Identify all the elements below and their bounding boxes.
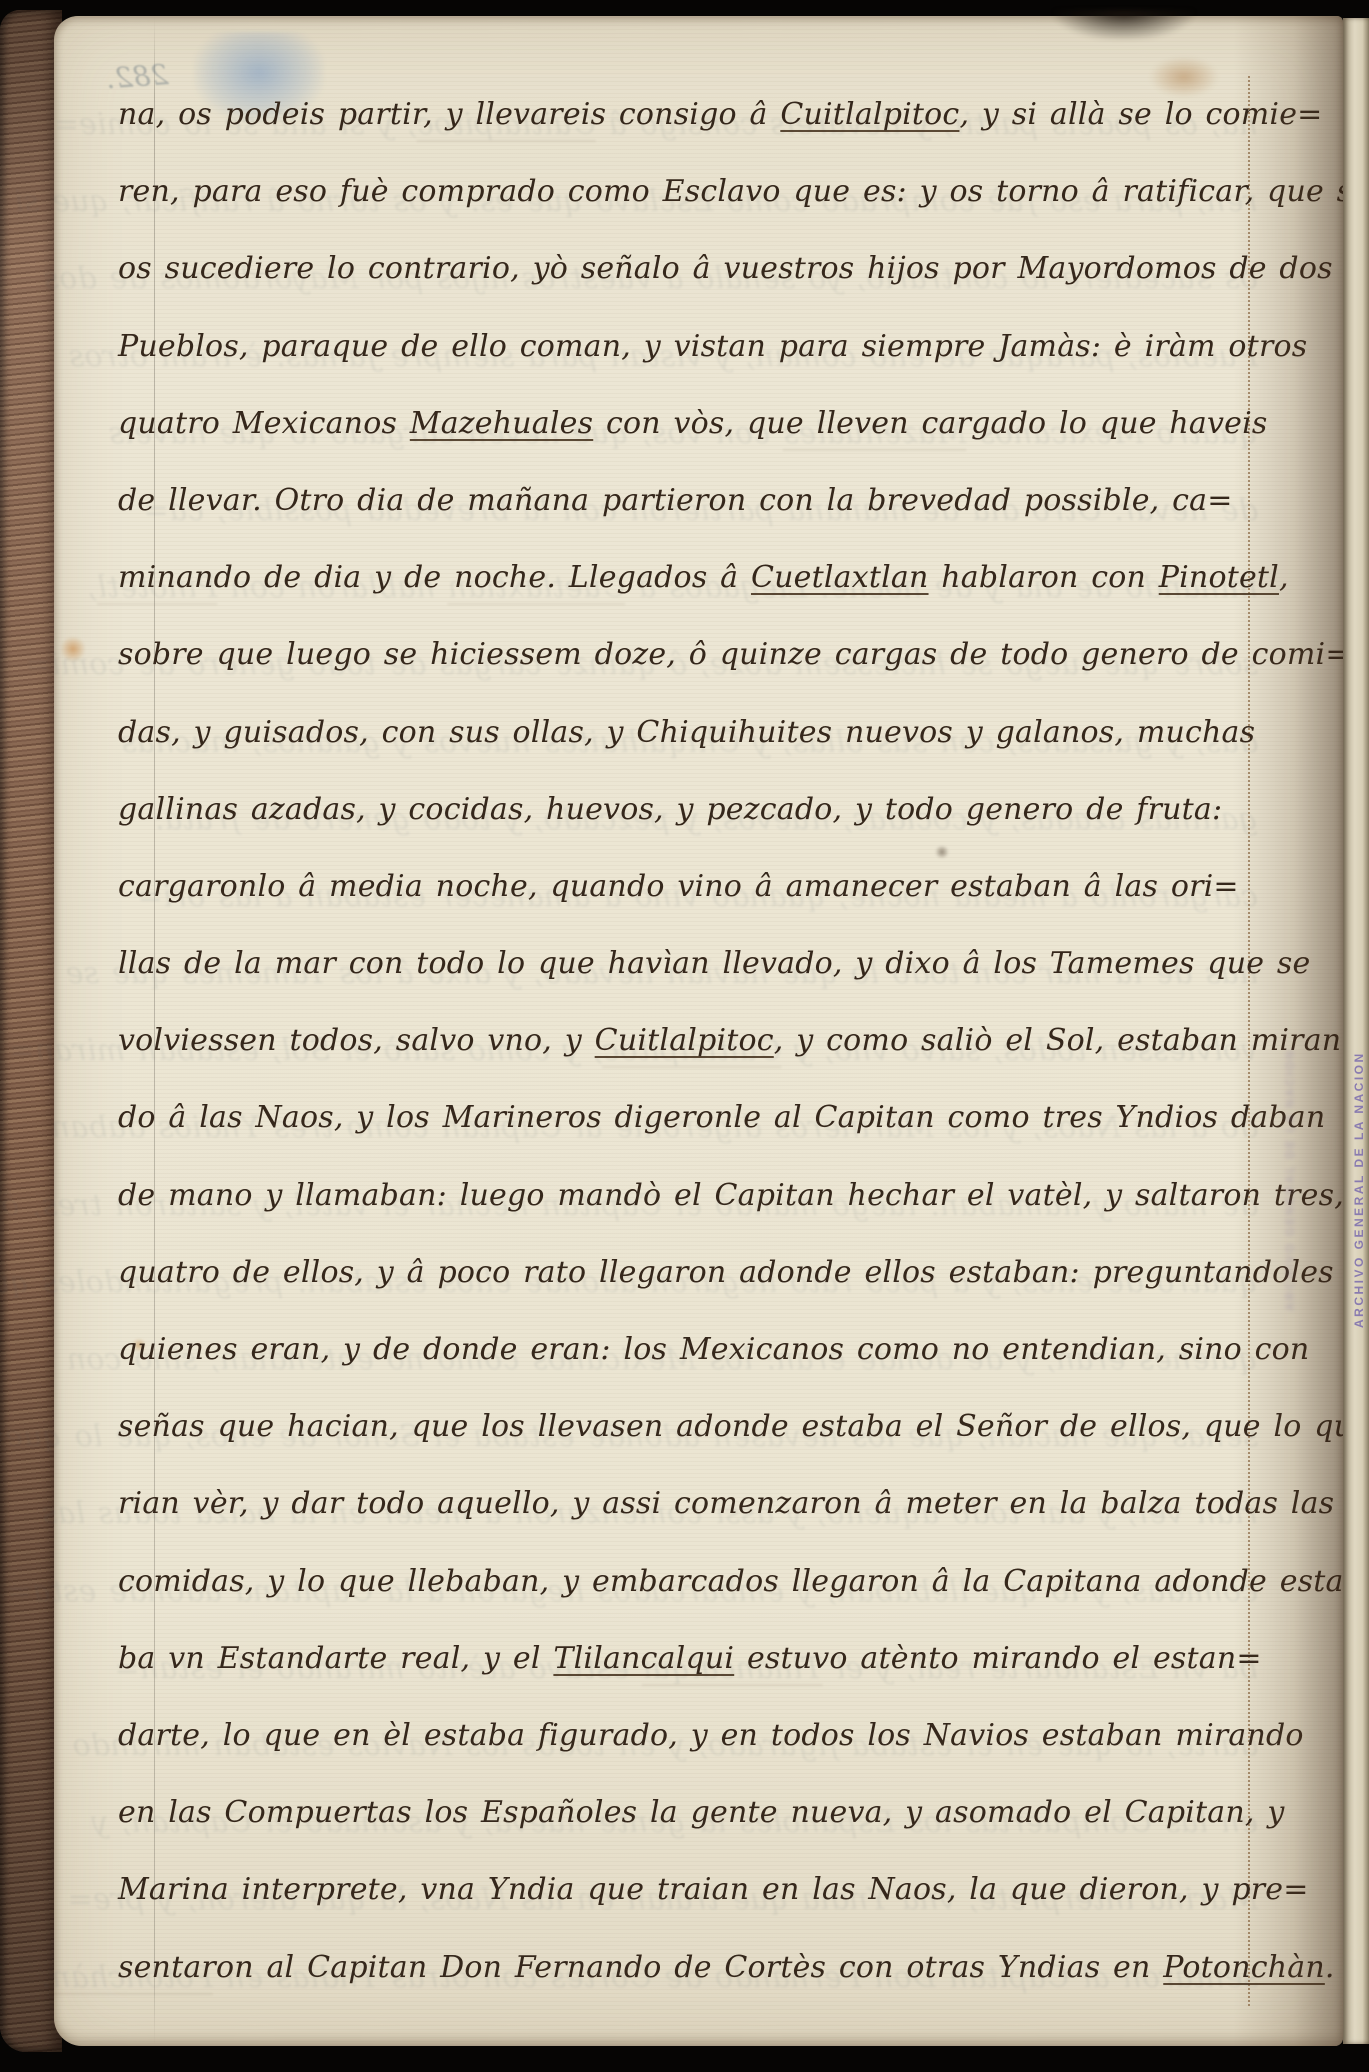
text-segment: en las Compuertas los Españoles la gente…	[118, 1795, 1285, 1830]
stamp-offset-smudge: ARCHIVO GENERAL DE LA NACION	[1283, 951, 1297, 1311]
manuscript-line: volviessen todos, salvo vno, y Cuitlalpi…	[118, 1002, 1369, 1079]
manuscript-line: de mano y llamaban: luego mandò el Capit…	[118, 1157, 1369, 1234]
text-segment: , y si allà se lo comie=	[959, 97, 1322, 132]
text-segment: ren, para eso fuè comprado como Esclavo …	[118, 174, 1362, 209]
text-segment: , y como saliò el Sol, estaban miran=	[774, 1023, 1367, 1058]
underlined-word: Potonchàn	[1163, 1950, 1325, 1985]
text-segment: .	[1325, 1950, 1335, 1985]
manuscript-line: cargaronlo â media noche, quando vino â …	[118, 848, 1369, 925]
text-segment: de mano y llamaban: luego mandò el Capit…	[118, 1178, 1369, 1213]
manuscript-line: quatro Mexicanos Mazehuales con vòs, que…	[118, 385, 1369, 462]
archive-stamp: ARCHIVO GENERAL DE LA NACION	[1352, 948, 1366, 1328]
manuscript-line: rian vèr, y dar todo aquello, y assi com…	[118, 1465, 1369, 1542]
text-segment: darte, lo que en èl estaba figurado, y e…	[118, 1718, 1304, 1753]
text-segment: ,	[1279, 560, 1289, 595]
page-edge-damage	[1054, 10, 1194, 40]
underlined-word: Pinotetl	[1159, 560, 1279, 595]
text-segment: sentaron al Capitan Don Fernando de Cort…	[118, 1950, 1163, 1985]
underlined-word: Cuitlalpitoc	[780, 97, 959, 132]
manuscript-line: Pueblos, paraque de ello coman, y vistan…	[118, 308, 1369, 385]
manuscript-line: señas que hacian, que los llevasen adond…	[118, 1388, 1369, 1465]
text-segment: ,	[87, 570, 97, 605]
manuscript-line: quatro de ellos, y â poco rato llegaron …	[118, 1234, 1369, 1311]
manuscript-page: na, os podeis partir, y llevareis consig…	[54, 16, 1343, 2046]
manuscript-line: darte, lo que en èl estaba figurado, y e…	[118, 1697, 1369, 1774]
underlined-word: Cuetlaxtlan	[751, 560, 929, 595]
text-segment: con vòs, que lleven cargado lo que havei…	[593, 406, 1267, 441]
book-fore-edge	[0, 10, 62, 2052]
manuscript-line: llas de la mar con todo lo que havìan ll…	[118, 925, 1369, 1002]
text-segment: llas de la mar con todo lo que havìan ll…	[118, 946, 1310, 981]
text-segment: rian vèr, y dar todo aquello, y assi com…	[118, 1486, 1334, 1521]
text-segment: quatro Mexicanos	[118, 406, 410, 441]
text-segment: comidas, y lo que llebaban, y embarcados…	[118, 1564, 1369, 1599]
text-segment: Pueblos, paraque de ello coman, y vistan…	[118, 329, 1307, 364]
text-segment: sobre que luego se hiciessem doze, ô qui…	[118, 637, 1351, 672]
text-segment: minando de dia y de noche. Llegados â	[118, 560, 751, 595]
text-segment: do â las Naos, y los Marineros digeronle…	[118, 1100, 1325, 1135]
text-segment: volviessen todos, salvo vno, y	[118, 1023, 595, 1058]
manuscript-line: quienes eran, y de donde eran: los Mexic…	[118, 1311, 1369, 1388]
underlined-word: Mazehuales	[410, 406, 593, 441]
text-segment: quienes eran, y de donde eran: los Mexic…	[118, 1332, 1309, 1367]
text-segment: cargaronlo â media noche, quando vino â …	[118, 869, 1239, 904]
manuscript-line: na, os podeis partir, y llevareis consig…	[118, 76, 1369, 153]
text-segment: das, y guisados, con sus ollas, y Chiqui…	[118, 715, 1255, 750]
manuscript-line: en las Compuertas los Españoles la gente…	[118, 1774, 1369, 1851]
text-segment: na, os podeis partir, y llevareis consig…	[118, 97, 780, 132]
text-segment: de llevar. Otro dia de mañana partieron …	[118, 483, 1233, 518]
manuscript-line: Marina interprete, vna Yndia que traian …	[118, 1851, 1369, 1928]
manuscript-line: do â las Naos, y los Marineros digeronle…	[118, 1079, 1369, 1156]
manuscript-line: os sucediere lo contrario, yò señalo â v…	[118, 230, 1369, 307]
underlined-word: Cuitlalpitoc	[595, 1023, 774, 1058]
text-segment: hablaron con	[929, 560, 1159, 595]
text-segment: estuvo atènto mirando el estan=	[734, 1641, 1262, 1676]
manuscript-line: ren, para eso fuè comprado como Esclavo …	[118, 153, 1369, 230]
manuscript-text-block: na, os podeis partir, y llevareis consig…	[118, 76, 1369, 2006]
manuscript-line: gallinas azadas, y cocidas, huevos, y pe…	[118, 771, 1369, 848]
paper-stain	[60, 636, 86, 662]
manuscript-line: minando de dia y de noche. Llegados â Cu…	[118, 539, 1369, 616]
manuscript-line: comidas, y lo que llebaban, y embarcados…	[118, 1543, 1369, 1620]
adjacent-page-edge: ARCHIVO GENERAL DE LA NACION	[1343, 18, 1369, 2044]
manuscript-line: das, y guisados, con sus ollas, y Chiqui…	[118, 694, 1369, 771]
text-segment: Marina interprete, vna Yndia que traian …	[118, 1872, 1309, 1907]
manuscript-line: sobre que luego se hiciessem doze, ô qui…	[118, 616, 1369, 693]
manuscript-line: sentaron al Capitan Don Fernando de Cort…	[118, 1929, 1369, 2006]
text-segment: gallinas azadas, y cocidas, huevos, y pe…	[118, 792, 1222, 827]
manuscript-line: ba vn Estandarte real, y el Tlilancalqui…	[118, 1620, 1369, 1697]
manuscript-line: de llevar. Otro dia de mañana partieron …	[118, 462, 1369, 539]
text-segment: quatro de ellos, y â poco rato llegaron …	[118, 1255, 1369, 1290]
underlined-word: Tlilancalqui	[553, 1641, 734, 1676]
text-segment: os sucediere lo contrario, yò señalo â v…	[118, 251, 1333, 286]
text-segment: señas que hacian, que los llevasen adond…	[118, 1409, 1369, 1444]
text-segment: ba vn Estandarte real, y el	[118, 1641, 553, 1676]
photo-backdrop: na, os podeis partir, y llevareis consig…	[0, 0, 1369, 2072]
